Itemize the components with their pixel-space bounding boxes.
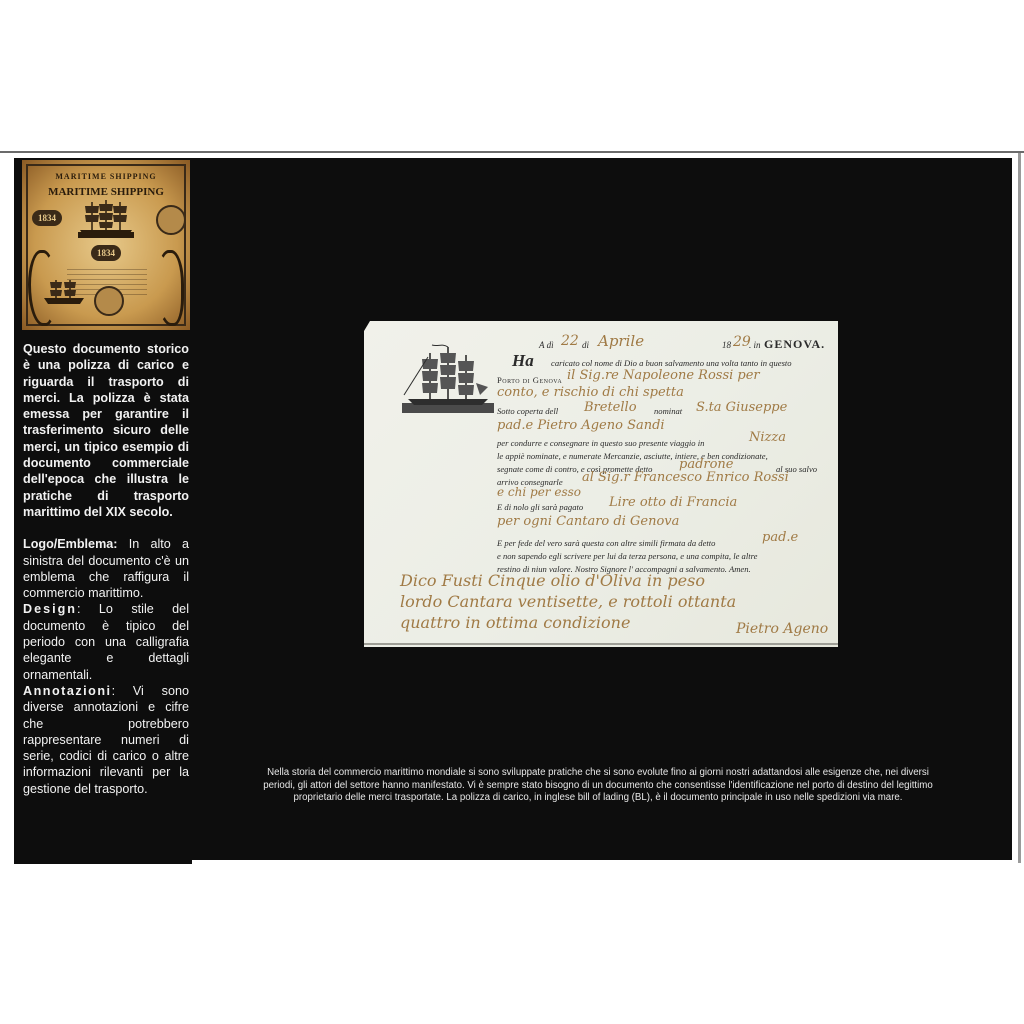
small-ship-icon: [42, 278, 86, 306]
emblem-title: MARITIME SHIPPING: [42, 186, 170, 198]
doc-line-voyage: per condurre e consegnare in questo suo …: [497, 438, 704, 448]
ornament-scroll-right: [156, 250, 184, 326]
intro-paragraph: Questo documento storico è una polizza d…: [23, 341, 189, 520]
hand-cargo-1: Dico Fusti Cinque olio d'Oliva in peso: [400, 571, 705, 590]
hand-destination: Nizza: [749, 430, 786, 445]
date-prefix: A dì: [539, 340, 554, 350]
hand-signature: Pietro Ageno: [736, 621, 828, 637]
hand-vessel: Bretello: [584, 400, 637, 415]
emblem-seal-icon: [156, 205, 186, 235]
hand-padrone-2: pad.e: [762, 530, 798, 545]
caption-line-1: Nella storia del commercio marittimo mon…: [228, 767, 968, 780]
emblem-year-badge: 1834: [32, 210, 62, 226]
month-prefix: di: [582, 340, 589, 350]
emblem-seal-bottom-icon: [94, 286, 124, 316]
page-edge: [1018, 153, 1021, 863]
doc-line-freight: E di nolo gli sarà pagato: [497, 502, 583, 512]
logo-label: Logo/Emblema:: [23, 537, 117, 551]
design-section: Design: Lo stile del documento è tipico …: [23, 601, 189, 682]
sidebar-description: Questo documento storico è una polizza d…: [23, 341, 189, 797]
hand-or-agent: e chi per esso: [497, 485, 581, 499]
emblem-year-ribbon: 1834: [91, 245, 121, 261]
initial-letter: Ha: [512, 351, 534, 371]
document-bottom-edge: [364, 643, 838, 645]
emblem-ribbon: MARITIME SHIPPING: [32, 172, 180, 181]
logo-section: Logo/Emblema: In alto a sinistra del doc…: [23, 536, 189, 601]
top-rule: [0, 151, 1024, 153]
hand-consignor: il Sig.re Napoleone Rossi per: [567, 368, 760, 383]
doc-line-deck: Sotto coperta dell: [497, 406, 558, 416]
doc-line-1: caricato col nome di Dio a buon salvamen…: [551, 358, 792, 368]
ship-icon: [74, 198, 138, 242]
maritime-emblem: MARITIME SHIPPING MARITIME SHIPPING 1834…: [22, 160, 190, 330]
bill-of-lading-document: A dì 22 di Aprile 18 29 . in GENOVA. Ha …: [364, 321, 838, 647]
annotations-section: Annotazioni: Vi sono diverse annotazioni…: [23, 683, 189, 797]
caption-line-3: proprietario delle merci trasportate. La…: [228, 792, 968, 805]
doc-line-port: Porto di Genova: [497, 375, 562, 385]
design-label: Design: [23, 602, 77, 616]
hand-risk: conto, e rischio di chi spetta: [497, 385, 684, 400]
caption-line-2: periodi, gli attori del settore hanno ma…: [228, 780, 968, 793]
annotations-text: : Vi sono diverse annotazioni e cifre ch…: [23, 684, 189, 796]
sidebar-bottom-bar: [14, 860, 192, 864]
hand-consignee: al Sig.r Francesco Enrico Rossi: [582, 470, 789, 485]
doc-line-third-party: e non sapendo egli scrivere per lui da t…: [497, 551, 757, 561]
annotations-label: Annotazioni: [23, 684, 112, 698]
ship-engraving-icon: [402, 343, 494, 417]
date-month: Aprile: [598, 332, 644, 350]
hand-master: pad.e Pietro Ageno Sandi: [497, 418, 665, 433]
city-prefix: . in: [749, 340, 761, 350]
date-day: 22: [561, 333, 579, 349]
hand-cargo-3: quattro in ottima condizione: [400, 613, 630, 632]
hand-cargo-2: lordo Cantara ventisette, e rottoli otta…: [400, 592, 736, 611]
hand-freight-rate: Lire otto di Francia: [609, 495, 737, 510]
hand-vessel-name: S.ta Giuseppe: [696, 400, 787, 415]
city-name: GENOVA.: [764, 337, 825, 352]
caption: Nella storia del commercio marittimo mon…: [228, 767, 968, 805]
doc-line-named: nominat: [654, 406, 682, 416]
doc-line-signature: E per fede del vero sarà questa con altr…: [497, 538, 715, 548]
hand-freight-unit: per ogni Cantaro di Genova: [497, 514, 679, 529]
year-prefix: 18: [722, 340, 731, 350]
